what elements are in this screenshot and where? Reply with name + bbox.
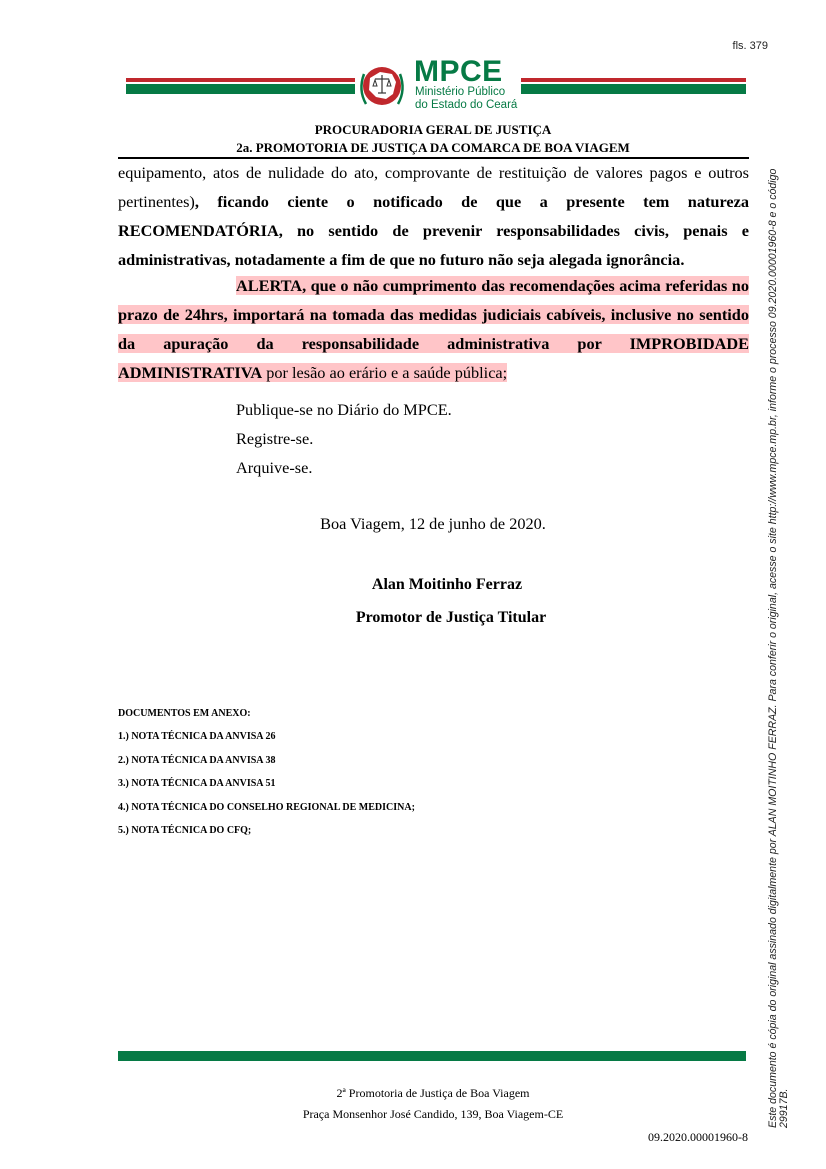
annex-item: 2.) NOTA TÉCNICA DA ANVISA 38 <box>118 755 415 779</box>
annex-heading: DOCUMENTOS EM ANEXO: <box>118 708 251 719</box>
place-and-date: Boa Viagem, 12 de junho de 2020. <box>0 514 826 534</box>
side-note-line-2: 29917B. <box>779 108 790 1128</box>
mpce-logo: MPCE Ministério Público do Estado do Cea… <box>356 58 520 116</box>
header-red-stripe-right <box>521 78 746 82</box>
annex-item: 1.) NOTA TÉCNICA DA ANVISA 26 <box>118 731 415 755</box>
paragraph-recommendation: equipamento, atos de nulidade do ato, co… <box>118 158 749 274</box>
annex-item: 3.) NOTA TÉCNICA DA ANVISA 51 <box>118 778 415 802</box>
paragraph-bold-text: , ficando ciente o notificado de que a p… <box>118 192 749 269</box>
annex-item: 4.) NOTA TÉCNICA DO CONSELHO REGIONAL DE… <box>118 802 415 826</box>
scales-of-justice-seal-icon <box>356 60 408 112</box>
alert-highlighted-text: ALERTA, que o não cumprimento das recome… <box>118 276 749 382</box>
logo-subtitle-1: Ministério Público <box>415 86 505 98</box>
header-red-stripe-left <box>126 78 355 82</box>
action-archive: Arquive-se. <box>236 458 312 478</box>
process-number: 09.2020.00001960-8 <box>648 1130 748 1145</box>
header-green-stripe-left <box>126 84 355 94</box>
footer-office: 2ª Promotoria de Justiça de Boa Viagem <box>0 1086 826 1101</box>
footer-green-bar <box>118 1051 746 1061</box>
annex-item: 5.) NOTA TÉCNICA DO CFQ; <box>118 825 415 849</box>
footer-address: Praça Monsenhor José Candido, 139, Boa V… <box>0 1107 826 1122</box>
signatory-title: Promotor de Justiça Titular <box>0 609 826 627</box>
digital-signature-note: Este documento é cópia do original assin… <box>768 108 790 1128</box>
logo-brand: MPCE <box>414 55 503 89</box>
header-green-stripe-right <box>521 84 746 94</box>
side-note-line-1: Este documento é cópia do original assin… <box>768 108 779 1128</box>
annex-list: 1.) NOTA TÉCNICA DA ANVISA 26 2.) NOTA T… <box>118 731 415 849</box>
office-title: 2a. PROMOTORIA DE JUSTIÇA DA COMARCA DE … <box>0 140 826 156</box>
action-register: Registre-se. <box>236 429 313 449</box>
logo-subtitle-2: do Estado do Ceará <box>415 99 517 111</box>
signatory-name: Alan Moitinho Ferraz <box>0 576 826 594</box>
sheet-number: fls. 379 <box>733 40 768 52</box>
institution-title: PROCURADORIA GERAL DE JUSTIÇA <box>0 122 826 138</box>
paragraph-alert: ALERTA, que o não cumprimento das recome… <box>118 271 749 387</box>
action-publish: Publique-se no Diário do MPCE. <box>236 400 452 420</box>
